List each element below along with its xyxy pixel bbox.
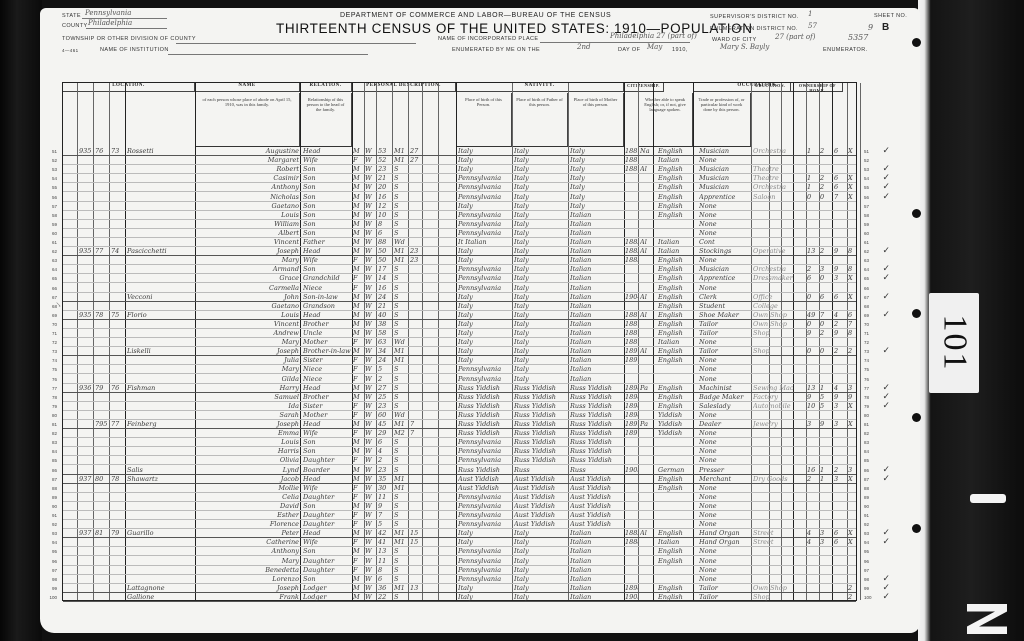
row-number: 94 [864,538,878,547]
table-row: 8686✓SalisLyndBoarderMW23SRuss YiddishRu… [63,466,856,475]
cell-mb: Italian [570,229,624,238]
cell-ms: M1 [394,538,408,547]
cell-cit: Al [640,165,653,174]
row-number: 80 [864,411,878,420]
cell-ms: S [394,365,408,374]
row-number: 63 [43,256,57,265]
row-number: 74 [43,356,57,365]
cell-imm: 1888 [625,538,638,547]
row-number: 69 [43,311,57,320]
cell-race: W [365,402,376,411]
cell-sex: F [353,411,364,420]
row-number: 57 [864,202,878,211]
cell-sex: F [353,557,364,566]
column-father-birthplace-desc: Place of birth of Father of this person. [512,93,568,147]
cell-r3: 4 [834,311,846,320]
cell-r2: 2 [820,147,832,156]
row-number: 99 [43,584,57,593]
cell-age: 38 [378,320,392,329]
cell-mb: Italy [570,183,624,192]
cell-birth: Italy [458,356,512,365]
sheet-number: 9 [868,23,873,32]
supervisor-district-label: SUPERVISOR'S DISTRICT NO. [710,14,799,20]
cell-rel: Son [303,265,351,274]
cell-industry: Office [753,293,793,302]
cell-birth: Italy [458,529,512,538]
row-number: 78 [864,393,878,402]
stamp-number: 5357 [848,33,868,42]
cell-trade: Tailor [699,320,751,329]
cell-r2: 6 [820,293,832,302]
table-row: 7070VincentBrotherMW38SItalyItalyItalian… [63,320,856,329]
cell-surname: Rossetti [127,147,195,156]
cell-age: 42 [378,529,392,538]
cell-r1: 9 [807,329,819,338]
cell-sex: M [353,320,364,329]
column-language-desc: Whether able to speak English; or, if no… [638,93,693,147]
cell-rel: Son [303,229,351,238]
cell-cit: Al [640,311,653,320]
cell-fb: Italy [514,338,568,347]
frame-label: 101 [929,293,979,393]
header-location: LOCATION. [63,83,195,92]
cell-trade: Clerk [699,293,751,302]
cell-ms: S [394,174,408,183]
cell-race: W [365,547,376,556]
cell-trade: None [699,229,751,238]
cell-birth: Italy [458,593,512,602]
cell-race: W [365,193,376,202]
cell-race: W [365,165,376,174]
cell-race: W [365,202,376,211]
cell-sex: F [353,274,364,283]
reel-mark-bar [970,494,1006,503]
table-row: 9191EstherDaughterFW7SPennsylvaniaAust Y… [63,511,856,520]
cell-rel: Lodger [303,593,351,602]
cell-fb: Italy [514,274,568,283]
check-mark-icon: ✓ [882,536,890,547]
cell-lang: English [658,320,693,329]
table-row: 6767✓VecconiJohnSon-in-lawMW24SItalyItal… [63,293,856,302]
cell-trade: Tailor [699,347,751,356]
row-number: 65 [43,274,57,283]
row-number: 73 [43,347,57,356]
cell-age: 60 [378,411,392,420]
cell-rel: Grandson [303,302,351,311]
row-number: 56 [864,193,878,202]
cell-rel: Son [303,211,351,220]
cell-fb: Italy [514,284,568,293]
cell-age: 11 [378,557,392,566]
cell-lang: Italian [658,238,693,247]
cell-industry: College [753,302,793,311]
row-number: 58 [43,211,57,220]
row-number: 66 [43,284,57,293]
cell-lang: Yiddish [658,411,693,420]
table-row: 5555✓AnthonySonMW20SPennsylvaniaItalyIta… [63,183,856,192]
table-row: 5656✓NicholasSonMW16SPennsylvaniaItalyIt… [63,193,856,202]
cell-fb: Italy [514,202,568,211]
cell-trade: Tailor [699,329,751,338]
cell-rel: Sister [303,356,351,365]
cell-age: 50 [378,247,392,256]
table-row: 9292FlorenceDaughterFW5SPennsylvaniaAust… [63,520,856,529]
cell-age: 88 [378,238,392,247]
cell-fb: Italy [514,165,568,174]
cell-age: 16 [378,193,392,202]
row-number: 98 [43,575,57,584]
row-number: 60 [43,229,57,238]
cell-r2: 2 [820,247,832,256]
cell-lang: Italian [658,338,693,347]
cell-race: W [365,384,376,393]
cell-industry: Dry Goods [753,475,793,484]
cell-r3: 6 [834,183,846,192]
cell-trade: Tailor [699,584,751,593]
cell-age: 5 [378,520,392,529]
header-citizenship: CITIZENSHIP. [624,83,664,92]
cell-ms: S [394,447,408,456]
cell-mb: Italian [570,256,624,265]
cell-age: 5 [378,365,392,374]
cell-race: W [365,411,376,420]
cell-trade: None [699,502,751,511]
cell-sex: M [353,183,364,192]
cell-industry: Sewing Machines [753,384,793,393]
cell-mb: Italian [570,274,624,283]
punch-hole [912,309,921,318]
cell-race: W [365,438,376,447]
cell-r1: 2 [807,265,819,274]
cell-ms: M1 [394,147,408,156]
cell-cit: Pa [640,420,653,429]
row-number: 64 [864,265,878,274]
cell-age: 7 [378,511,392,520]
table-row: 9898✓LorenzoSonMW6SPennsylvaniaItalyItal… [63,575,856,584]
cell-fam: 74 [111,247,125,256]
cell-r2: 2 [820,183,832,192]
cell-age: 21 [378,302,392,311]
row-number: 75 [43,365,57,374]
header-education: EDUCATION. [751,83,791,92]
cell-trade: None [699,575,751,584]
row-number: 69 [864,311,878,320]
table-row: 9696MaryDaughterFW11SPennsylvaniaItalyIt… [63,557,856,566]
enumeration-district-value: 57 [808,22,817,30]
cell-cit: Al [640,238,653,247]
enumerated-label: ENUMERATED BY ME ON THE [452,47,540,53]
cell-given: Esther [239,511,299,520]
cell-industry: Orchestra [753,147,793,156]
cell-sex: M [353,238,364,247]
cell-race: W [365,329,376,338]
row-number: 59 [43,220,57,229]
cell-r4: 3 [848,466,860,475]
cell-r2: 1 [820,466,832,475]
table-row: 5757GaetanoSonMW12SItalyItalyItalyEnglis… [63,202,856,211]
cell-mb: Italian [570,575,624,584]
row-number: 76 [43,375,57,384]
cell-race: W [365,529,376,538]
cell-rel: Head [303,529,351,538]
table-row: 5959WilliamSonMW8SPennsylvaniaItalyItali… [63,220,856,229]
check-mark-icon: ✓ [882,473,890,484]
cell-r4: X [848,274,860,283]
row-number: 58 [864,211,878,220]
cell-r3: 9 [834,393,846,402]
cell-industry: Street [753,538,793,547]
cell-mb: Italy [570,165,624,174]
cell-lang: English [658,174,693,183]
cell-imm: 1897 [625,429,638,438]
cell-trade: Saleslady [699,402,751,411]
cell-race: W [365,520,376,529]
cell-sex: M [353,547,364,556]
cell-imm: 1881 [625,329,638,338]
cell-fb: Italy [514,566,568,575]
cell-r2: 0 [820,193,832,202]
cell-house: 80 [95,475,109,484]
cell-given: Augustine [239,147,299,156]
cell-industry: Own Shop [753,311,793,320]
cell-mb: Italian [570,220,624,229]
cell-yrs: 7 [410,420,422,429]
cell-birth: Pennsylvania [458,447,512,456]
cell-surname: Salis [127,466,195,475]
header-nativity: NATIVITY. [456,83,624,92]
cell-fam: 79 [111,529,125,538]
cell-r3: 2 [834,466,846,475]
cell-r4: 6 [848,311,860,320]
cell-birth: Russ Yiddish [458,393,512,402]
cell-ms: S [394,547,408,556]
cell-fb: Italy [514,538,568,547]
row-number: 74 [864,356,878,365]
cell-lang: English [658,183,693,192]
cell-lang: English [658,147,693,156]
cell-ms: S [394,575,408,584]
cell-r3: 6 [834,538,846,547]
header-name: NAME [195,83,300,92]
cell-trade: Apprentice [699,193,751,202]
cell-imm: 1905 [625,593,638,602]
cell-mb: Italian [570,320,624,329]
cell-industry: Automobile [753,402,793,411]
cell-trade: None [699,493,751,502]
cell-lang: English [658,293,693,302]
cell-house: 81 [95,529,109,538]
enumerator-value: Mary S. Bayly [720,43,769,51]
cell-r1: 9 [807,393,819,402]
cell-race: W [365,284,376,293]
row-number: 100 [43,593,57,602]
cell-r2: 0 [820,320,832,329]
cell-industry: Street [753,529,793,538]
cell-birth: Pennsylvania [458,284,512,293]
cell-race: W [365,174,376,183]
row-number: 65 [864,274,878,283]
cell-r4: X [848,193,860,202]
cell-sex: F [353,356,364,365]
cell-given: Joseph [239,420,299,429]
cell-birth: Russ Yiddish [458,429,512,438]
row-number: 66 [864,284,878,293]
cell-rel: Son [303,447,351,456]
cell-surname: Vecconi [127,293,195,302]
row-number: 84 [43,447,57,456]
cell-race: W [365,557,376,566]
cell-age: 2 [378,456,392,465]
cell-trade: None [699,411,751,420]
table-row: 5151✓9357673RossettiAugustineHeadMW53M12… [63,147,856,156]
cell-trade: Cont [699,238,751,247]
table-row: 9393✓9378179GuarilloPeterHeadMW42M115Ita… [63,529,856,538]
cell-race: W [365,420,376,429]
cell-r1: 16 [807,466,819,475]
cell-ms: S [394,593,408,602]
cell-fb: Russ Yiddish [514,420,568,429]
cell-age: 41 [378,538,392,547]
cell-sex: F [353,429,364,438]
cell-given: Andrew [239,329,299,338]
cell-house: 795 [95,420,109,429]
cell-r4: X [848,183,860,192]
cell-imm: 1881 [625,147,638,156]
cell-r4: X [848,529,860,538]
cell-fb: Italy [514,247,568,256]
cell-mb: Italian [570,375,624,384]
cell-mb: Italian [570,338,624,347]
cell-trade: Badge Maker [699,393,751,402]
cell-birth: Pennsylvania [458,211,512,220]
cell-birth: Italy [458,347,512,356]
cell-fb: Aust Yiddish [514,475,568,484]
cell-sex: F [353,456,364,465]
cell-birth: It Italian [458,238,512,247]
cell-given: Mary [239,365,299,374]
row-number: 95 [43,547,57,556]
cell-trade: Dealer [699,420,751,429]
cell-mb: Italian [570,311,624,320]
cell-birth: Italy [458,202,512,211]
cell-rel: Son [303,174,351,183]
cell-surname: Feinberg [127,420,195,429]
row-number: 61 [43,238,57,247]
cell-trade: Presser [699,466,751,475]
cell-cit: Al [640,293,653,302]
cell-trade: Musician [699,183,751,192]
cell-race: W [365,293,376,302]
cell-lang: English [658,475,693,484]
row-number: 70 [43,320,57,329]
cell-rel: Daughter [303,520,351,529]
row-number: 54 [864,174,878,183]
row-number: 77 [43,384,57,393]
cell-fb: Italy [514,547,568,556]
cell-imm: 1881 [625,320,638,329]
row-number: 93 [43,529,57,538]
cell-r3: 3 [834,274,846,283]
row-number: 86 [864,466,878,475]
cell-lang: English [658,329,693,338]
cell-given: Vincent [239,238,299,247]
cell-sex: F [353,375,364,384]
cell-given: Armand [239,265,299,274]
table-row: 8989CeliaDaughterFW11SPennsylvaniaAust Y… [63,493,856,502]
cell-cit: Pa [640,384,653,393]
cell-imm: 1882 [625,529,638,538]
cell-imm: 1904 [625,293,638,302]
table-row: 8585OliviaDaughterFW2SPennsylvaniaRuss Y… [63,456,856,465]
cell-age: 30 [378,484,392,493]
cell-birth: Pennsylvania [458,456,512,465]
cell-lang: English [658,202,693,211]
cell-age: 14 [378,274,392,283]
department-heading: DEPARTMENT OF COMMERCE AND LABOR—BUREAU … [340,12,611,19]
cell-r3: 9 [834,247,846,256]
cell-lang: English [658,347,693,356]
cell-ms: M1 [394,156,408,165]
cell-industry: Own Shop [753,320,793,329]
cell-imm: 1898 [625,393,638,402]
cell-fb: Italy [514,174,568,183]
year-label: 1910, [672,47,688,53]
cell-given: Louis [239,211,299,220]
cell-ms: M1 [394,584,408,593]
table-row: 7979✓IdaSisterFW23SRuss YiddishRuss Yidd… [63,402,856,411]
cell-fb: Italy [514,356,568,365]
row-number: 84 [864,447,878,456]
table-row: 7171AndrewUncleMW58SItalyItalyItalian188… [63,329,856,338]
row-number: 83 [864,438,878,447]
cell-r1: 3 [807,420,819,429]
cell-house: 79 [95,384,109,393]
cell-r4: 2 [848,347,860,356]
cell-yrs: 27 [410,147,422,156]
cell-cit: Na [640,147,653,156]
cell-trade: Hand Organ [699,538,751,547]
cell-mb: Italian [570,529,624,538]
cell-lang: English [658,211,693,220]
cell-race: W [365,356,376,365]
cell-fb: Italy [514,211,568,220]
cell-imm: 1898 [625,584,638,593]
cell-age: 12 [378,202,392,211]
cell-r3: 3 [834,402,846,411]
cell-street: 937 [79,529,93,538]
state-label: STATE [62,13,81,19]
row-number: 81 [864,420,878,429]
cell-given: Peter [239,529,299,538]
cell-sex: M [353,475,364,484]
cell-sex: M [353,575,364,584]
row-number: 52 [864,156,878,165]
cell-r2: 3 [820,538,832,547]
table-row: 818179577FeinbergJosephHeadMW45M17Russ Y… [63,420,856,429]
cell-race: W [365,156,376,165]
cell-sex: F [353,338,364,347]
check-mark-icon: ✓ [882,245,890,256]
cell-yrs: 23 [410,247,422,256]
cell-mb: Italy [570,202,624,211]
cell-fb: Italy [514,311,568,320]
cell-r3: 9 [834,265,846,274]
header-relation: RELATION. [300,83,352,92]
table-row: 6868GaetanoGrandsonMW21SItalyItalyItalia… [63,302,856,311]
cell-industry: Saloon [753,193,793,202]
cell-birth: Pennsylvania [458,183,512,192]
ward-value: 27 (part of) [775,33,815,41]
